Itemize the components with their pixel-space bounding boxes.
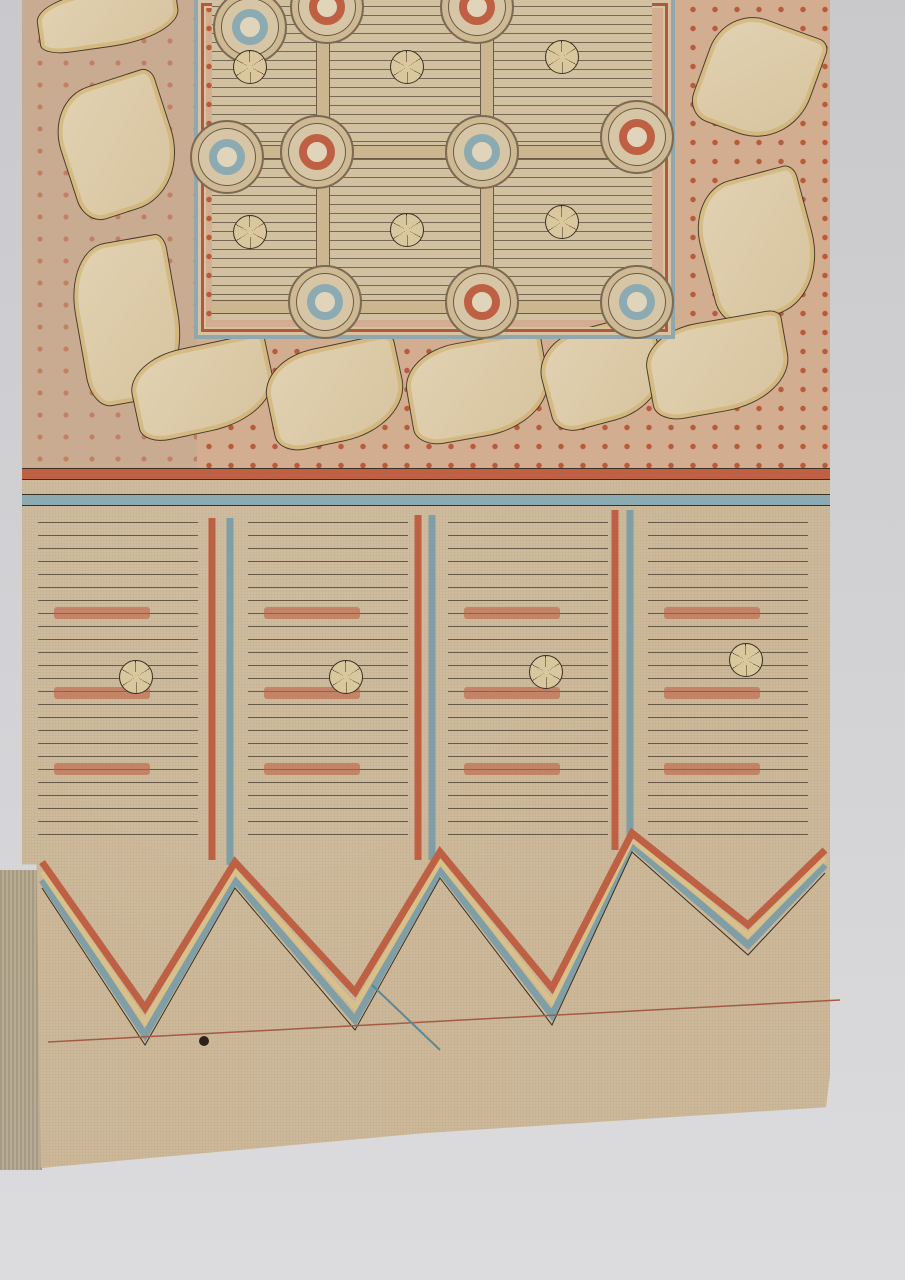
star-roundel-icon xyxy=(233,50,267,84)
underlying-fabric-layer xyxy=(0,870,42,1170)
talismanic-textile xyxy=(22,0,830,1168)
star-roundel-icon xyxy=(545,205,579,239)
medallion-roundel xyxy=(600,265,674,339)
red-ring xyxy=(619,119,655,155)
zigzag-red-stripe xyxy=(22,865,822,880)
medallion-roundel xyxy=(600,100,674,174)
medallion-roundel xyxy=(445,115,519,189)
red-ring xyxy=(464,284,500,320)
star-roundel-icon xyxy=(545,40,579,74)
red-divider-band xyxy=(22,468,830,480)
medallion-roundel xyxy=(280,115,354,189)
star-roundel-icon xyxy=(390,50,424,84)
grid-horizontal-bar xyxy=(212,300,652,314)
star-roundel-icon xyxy=(390,213,424,247)
blue-ring xyxy=(619,284,655,320)
blue-ring xyxy=(232,9,268,45)
grid-horizontal-bar xyxy=(212,145,652,159)
medallion-roundel xyxy=(190,120,264,194)
medallion-roundel xyxy=(445,265,519,339)
red-ring xyxy=(309,0,345,25)
blue-divider-band xyxy=(22,494,830,506)
red-ring xyxy=(299,134,335,170)
blue-ring xyxy=(209,139,245,175)
red-ring xyxy=(459,0,495,25)
blue-ring xyxy=(307,284,343,320)
zigzag-border xyxy=(22,500,830,880)
medallion-roundel xyxy=(288,265,362,339)
star-roundel-icon xyxy=(233,215,267,249)
blue-ring xyxy=(464,134,500,170)
